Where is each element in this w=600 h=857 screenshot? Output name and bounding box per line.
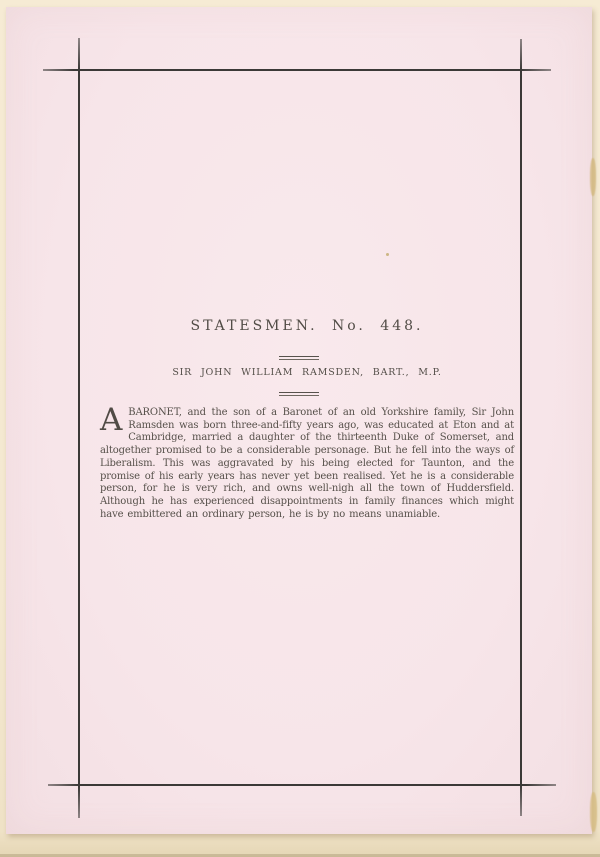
double-rule-upper xyxy=(279,356,319,360)
double-rule-lower xyxy=(279,392,319,396)
plate-page: STATESMEN. No. 448. SIR JOHN WILLIAM RAM… xyxy=(6,7,592,834)
page-edge-stain xyxy=(590,158,596,196)
page-edge-stain xyxy=(590,792,597,832)
drop-cap: A xyxy=(100,407,128,433)
frame-rule-top xyxy=(43,69,551,71)
article-body-text: BARONET, and the son of a Baronet of an … xyxy=(100,407,514,520)
frame-rule-bottom xyxy=(48,784,556,786)
foxing-speck xyxy=(358,436,360,438)
foxing-speck xyxy=(386,253,389,256)
scan-background: STATESMEN. No. 448. SIR JOHN WILLIAM RAM… xyxy=(0,0,600,857)
page-title: STATESMEN. No. 448. xyxy=(100,318,514,334)
article-paragraph: ABARONET, and the son of a Baronet of an… xyxy=(100,407,514,521)
frame-rule-left xyxy=(78,38,80,818)
frame-rule-right xyxy=(520,39,522,816)
subject-title: SIR JOHN WILLIAM RAMSDEN, BART., M.P. xyxy=(100,367,514,378)
